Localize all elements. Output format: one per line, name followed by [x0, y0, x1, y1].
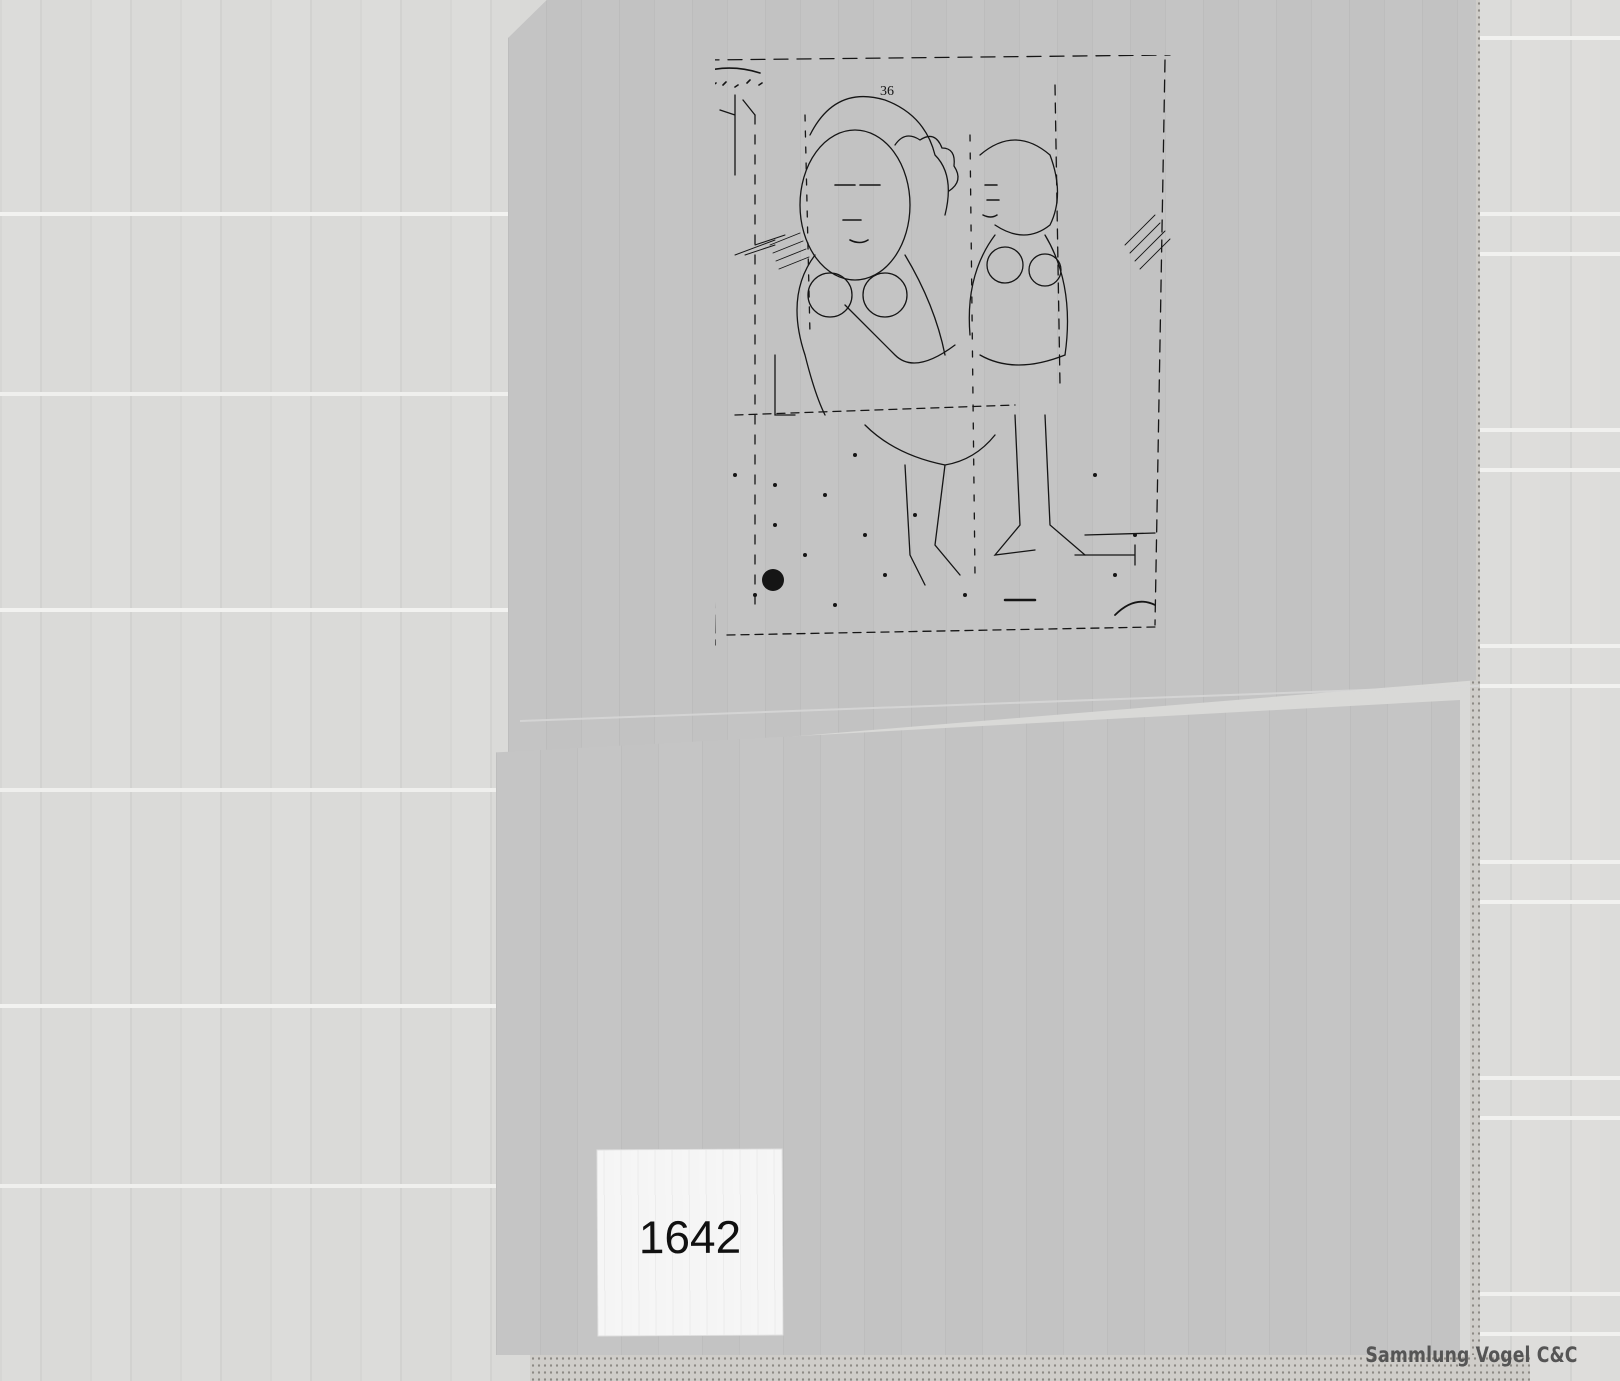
inventory-number: 1642 [598, 1210, 782, 1265]
inventory-label: 1642 [598, 1150, 783, 1336]
scanner-background-right [1480, 0, 1620, 1381]
scanner-background-left [0, 0, 520, 1381]
sketch-annotation-number: 36 [880, 84, 894, 99]
collection-watermark: Sammlung Vogel C&C [1366, 1343, 1578, 1367]
ink-sketch-two-figures: 36 [715, 55, 1185, 655]
